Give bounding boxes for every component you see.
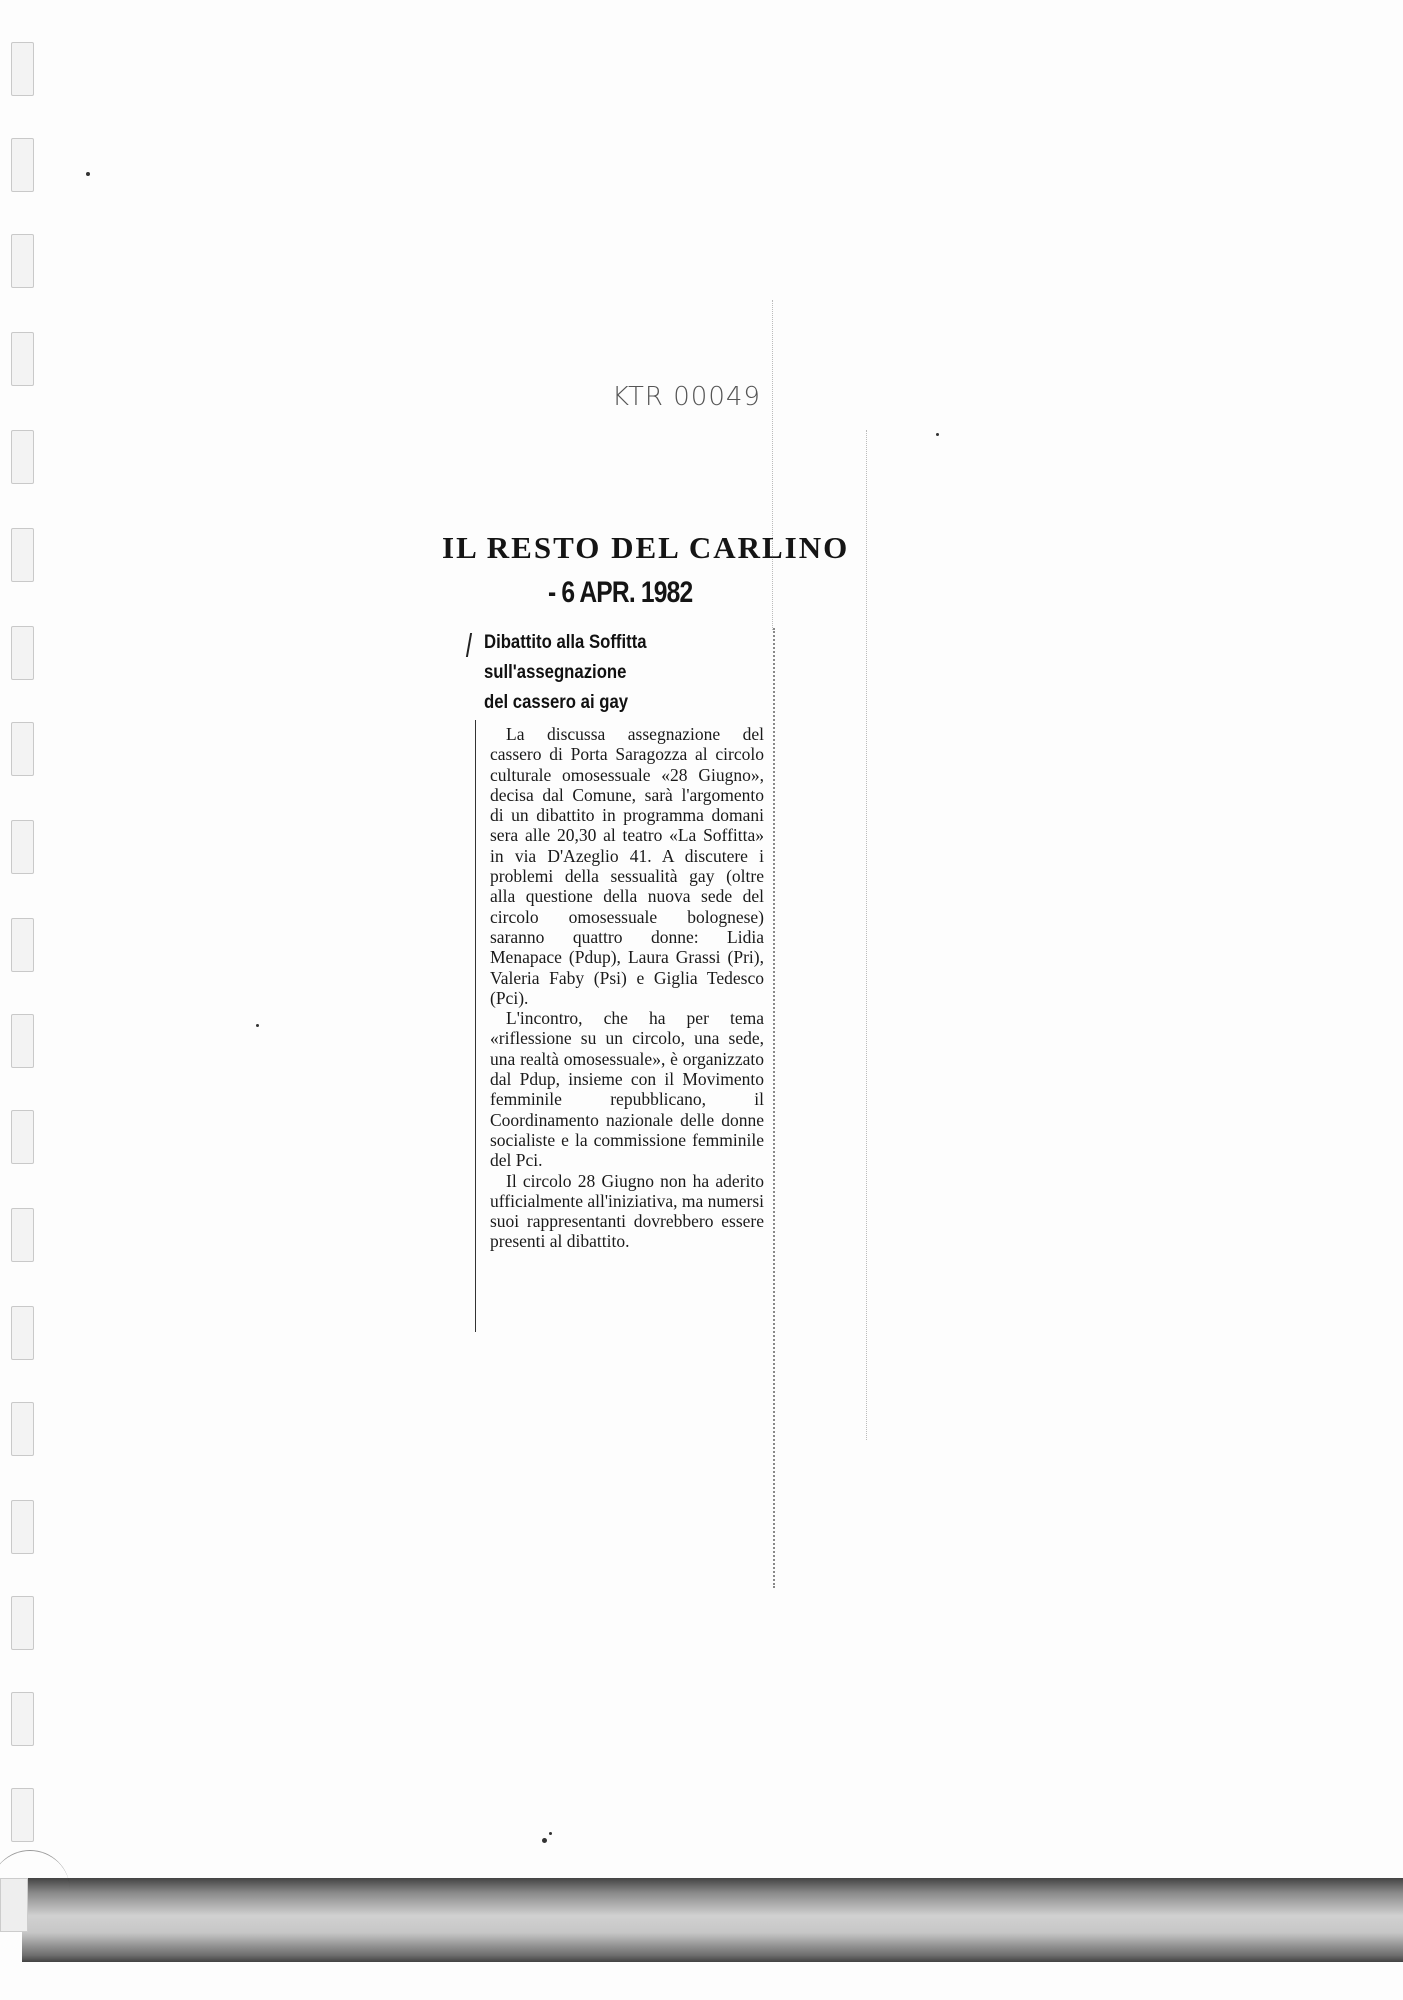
binder-hole [11, 1306, 34, 1360]
article-paragraph: Il circolo 28 Giugno non ha aderito uffi… [490, 1171, 764, 1252]
binder-hole [11, 234, 34, 288]
binder-hole [11, 1014, 34, 1068]
headline-line: sull'assegnazione [484, 658, 739, 688]
headline-line: del cassero ai gay [484, 688, 739, 718]
binder-hole [11, 722, 34, 776]
article-paragraph: La discussa assegnazione del cassero di … [490, 724, 764, 1008]
binder-hole [11, 1692, 34, 1746]
binder-hole [11, 42, 34, 96]
newspaper-clipping: Dibattito alla Soffitta sull'assegnazion… [474, 628, 774, 1252]
binder-hole [11, 332, 34, 386]
dust-speck [549, 1832, 552, 1835]
archive-code: KTR 00049 [612, 382, 761, 412]
dust-speck [542, 1838, 547, 1843]
binder-hole [11, 626, 34, 680]
clipping-corner-mark [466, 633, 472, 657]
newspaper-masthead: IL RESTO DEL CARLINO [442, 530, 849, 566]
binder-hole [11, 820, 34, 874]
binder-hole [11, 430, 34, 484]
binder-hole [11, 1110, 34, 1164]
scan-artifact-line [866, 430, 868, 1440]
binder-hole [11, 1500, 34, 1554]
headline-line: Dibattito alla Soffitta [484, 628, 739, 658]
scanner-shadow-band [22, 1878, 1403, 1962]
binder-hole [11, 1402, 34, 1456]
binder-hole [11, 528, 34, 582]
binder-hole [0, 1878, 28, 1932]
date-stamp: - 6 APR. 1982 [548, 576, 692, 610]
article-paragraph: L'incontro, che ha per tema «riflessione… [490, 1008, 764, 1170]
binder-hole [11, 1596, 34, 1650]
article-headline: Dibattito alla Soffitta sull'assegnazion… [484, 628, 739, 718]
binder-hole [11, 138, 34, 192]
binder-hole [11, 1788, 34, 1842]
dust-speck [256, 1024, 259, 1027]
binder-hole [11, 1208, 34, 1262]
binder-hole [11, 918, 34, 972]
scan-artifact-line [772, 300, 774, 630]
dust-speck [936, 433, 939, 436]
dust-speck [86, 172, 90, 176]
article-body: La discussa assegnazione del cassero di … [490, 724, 764, 1252]
